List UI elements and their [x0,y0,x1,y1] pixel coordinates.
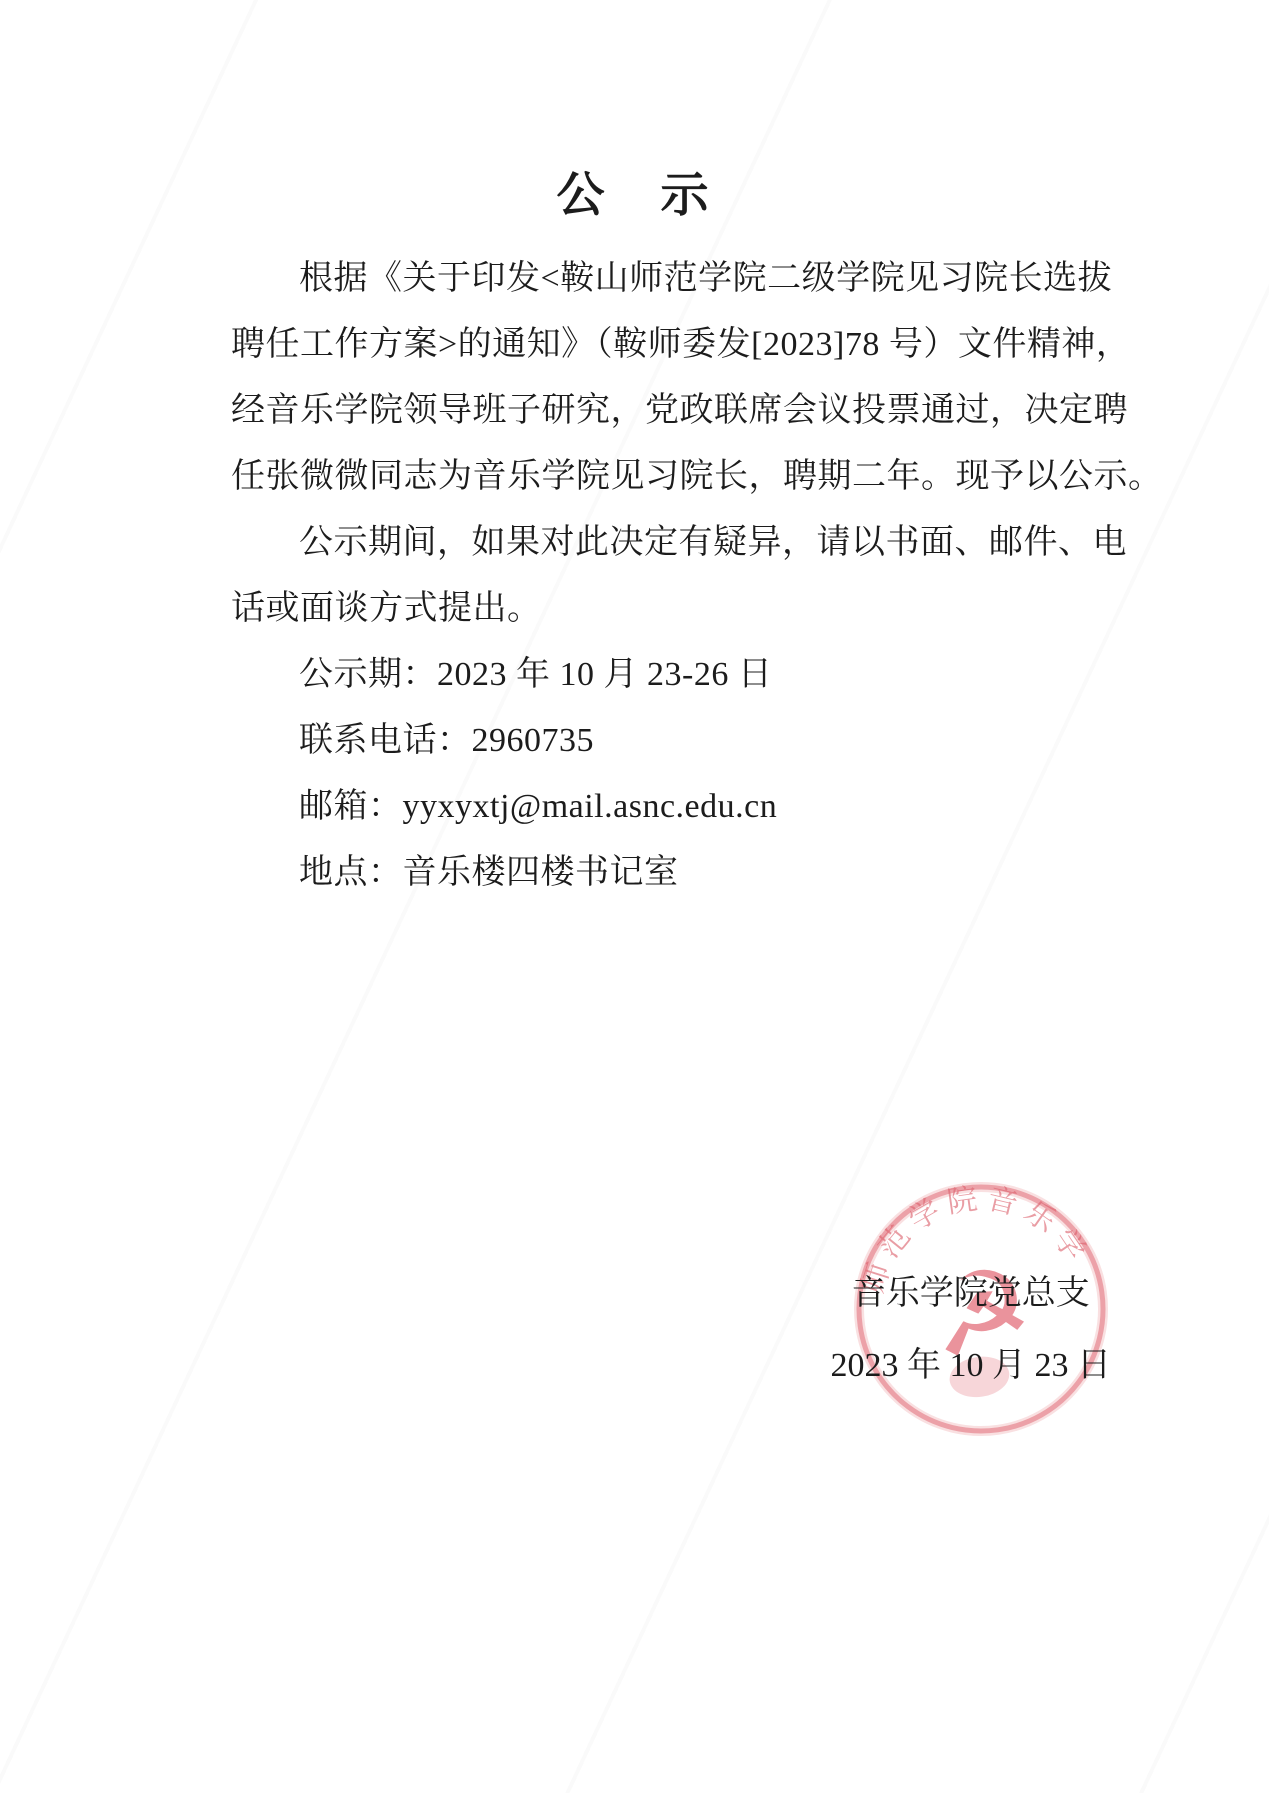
document-title: 公 示 [0,156,1269,225]
body-line: 公示期间，如果对此决定有疑异，请以书面、邮件、电 [231,510,1083,576]
contact-location-line: 地点：音乐楼四楼书记室 [231,840,1083,906]
contact-phone-line: 联系电话：2960735 [231,708,1083,774]
announcement-document: 公 示 根据《关于印发<鞍山师范学院二级学院见习院长选拔 聘任工作方案>的通知》… [0,0,1269,1793]
body-line: 根据《关于印发<鞍山师范学院二级学院见习院长选拔 [231,246,1083,312]
contact-email-line: 邮箱：yyxyxtj@mail.asnc.edu.cn [231,774,1083,840]
signature-block: 音乐学院党总支 2023 年 10 月 23 日 [831,1258,1112,1402]
body-line: 经音乐学院领导班子研究，党政联席会议投票通过，决定聘 [231,378,1083,444]
document-body: 根据《关于印发<鞍山师范学院二级学院见习院长选拔 聘任工作方案>的通知》（鞍师委… [231,246,1083,906]
body-line: 话或面谈方式提出。 [231,576,1083,642]
signature-date: 2023 年 10 月 23 日 [831,1330,1112,1402]
body-line: 聘任工作方案>的通知》（鞍师委发[2023]78 号）文件精神， [231,312,1083,378]
publicity-period-line: 公示期：2023 年 10 月 23-26 日 [231,642,1083,708]
signature-org: 音乐学院党总支 [831,1258,1112,1330]
body-line: 任张微微同志为音乐学院见习院长，聘期二年。现予以公示。 [231,444,1083,510]
